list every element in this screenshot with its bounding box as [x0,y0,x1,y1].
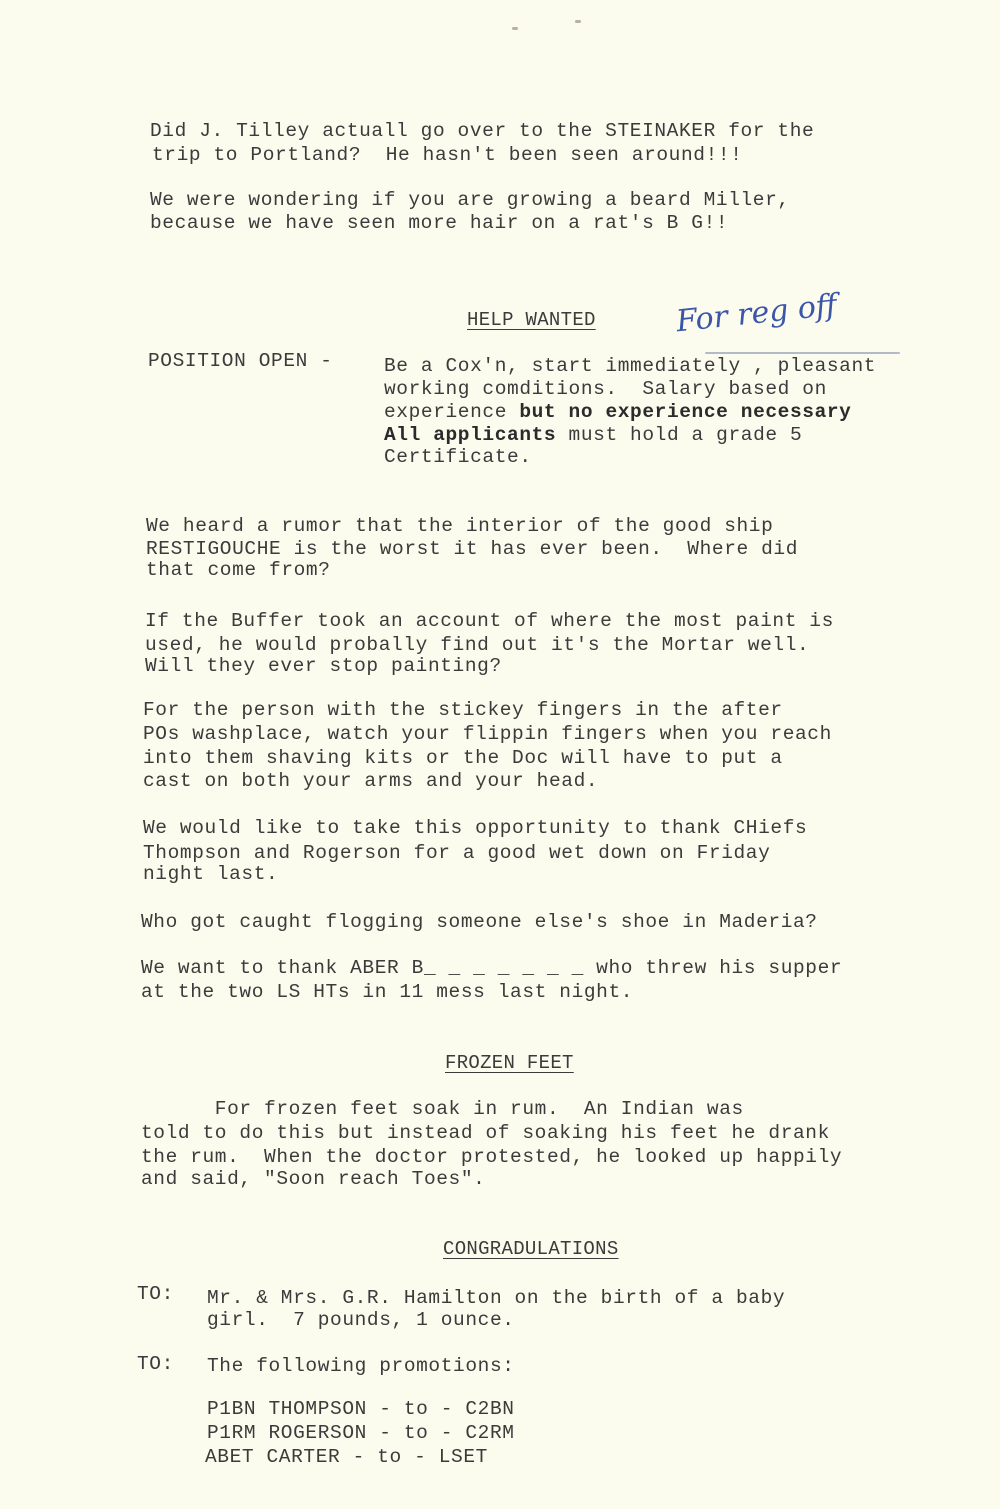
congrats-prefix: TO: [137,1283,174,1306]
promotion-item: ABET CARTER - to - LSET [205,1446,488,1469]
congrats-line: The following promotions: [207,1355,515,1378]
frozen-feet-line: told to do this but instead of soaking h… [141,1122,830,1145]
paragraph-tilley-line: trip to Portland? He hasn't been seen ar… [152,144,743,167]
congratulations-heading: CONGRADULATIONS [443,1238,619,1261]
help-wanted-line: Be a Cox'n, start immediately , pleasant [384,355,876,378]
paragraph-rumor-line: We heard a rumor that the interior of th… [146,515,773,538]
handwritten-note: For reg off [675,288,839,340]
paragraph-beard-line: because we have seen more hair on a rat'… [150,212,728,235]
paper-speck [512,27,518,30]
paragraph-sticky-line: For the person with the stickey fingers … [143,699,783,722]
paragraph-buffer-line: If the Buffer took an account of where t… [145,610,834,633]
help-wanted-line: working comditions. Salary based on [384,378,827,401]
paragraph-thanks-line: night last. [143,863,278,886]
paragraph-aber-line: We want to thank ABER B_ _ _ _ _ _ _ who… [141,957,842,980]
paragraph-tilley-line: Did J. Tilley actuall go over to the STE… [150,120,814,143]
paragraph-sticky-line: cast on both your arms and your head. [143,770,598,793]
help-wanted-line: experience but no experience necessary [384,401,851,424]
frozen-feet-line: and said, "Soon reach Toes". [141,1168,485,1191]
congrats-line: Mr. & Mrs. G.R. Hamilton on the birth of… [207,1287,785,1310]
paragraph-rumor-line: that come from? [146,559,331,582]
frozen-feet-heading: FROZEN FEET [445,1052,574,1075]
paper-speck [575,20,581,23]
position-open-label: POSITION OPEN - [148,350,333,373]
pen-mark [705,352,900,354]
congrats-line: girl. 7 pounds, 1 ounce. [207,1309,515,1332]
frozen-feet-line: the rum. When the doctor protested, he l… [141,1146,842,1169]
paragraph-aber-line: at the two LS HTs in 11 mess last night. [141,981,633,1004]
paragraph-thanks-line: We would like to take this opportunity t… [143,817,807,840]
promotion-item: P1BN THOMPSON - to - C2BN [207,1398,515,1421]
congrats-prefix: TO: [137,1353,174,1376]
paragraph-thanks-line: Thompson and Rogerson for a good wet dow… [143,842,770,865]
paragraph-beard-line: We were wondering if you are growing a b… [150,189,790,212]
paragraph-buffer-line: used, he would probally find out it's th… [145,634,809,657]
paragraph-sticky-line: POs washplace, watch your flippin finger… [143,723,832,746]
help-wanted-line: Certificate. [384,446,532,469]
promotion-item: P1RM ROGERSON - to - C2RM [207,1422,515,1445]
newsletter-page: Did J. Tilley actuall go over to the STE… [0,0,1000,1509]
frozen-feet-line: For frozen feet soak in rum. An Indian w… [141,1098,744,1121]
help-wanted-line: All applicants must hold a grade 5 [384,424,802,447]
paragraph-flogging: Who got caught flogging someone else's s… [141,911,818,934]
paragraph-buffer-line: Will they ever stop painting? [145,655,502,678]
paragraph-sticky-line: into them shaving kits or the Doc will h… [143,747,783,770]
paragraph-rumor-line: RESTIGOUCHE is the worst it has ever bee… [146,538,798,561]
help-wanted-heading: HELP WANTED [467,309,596,332]
